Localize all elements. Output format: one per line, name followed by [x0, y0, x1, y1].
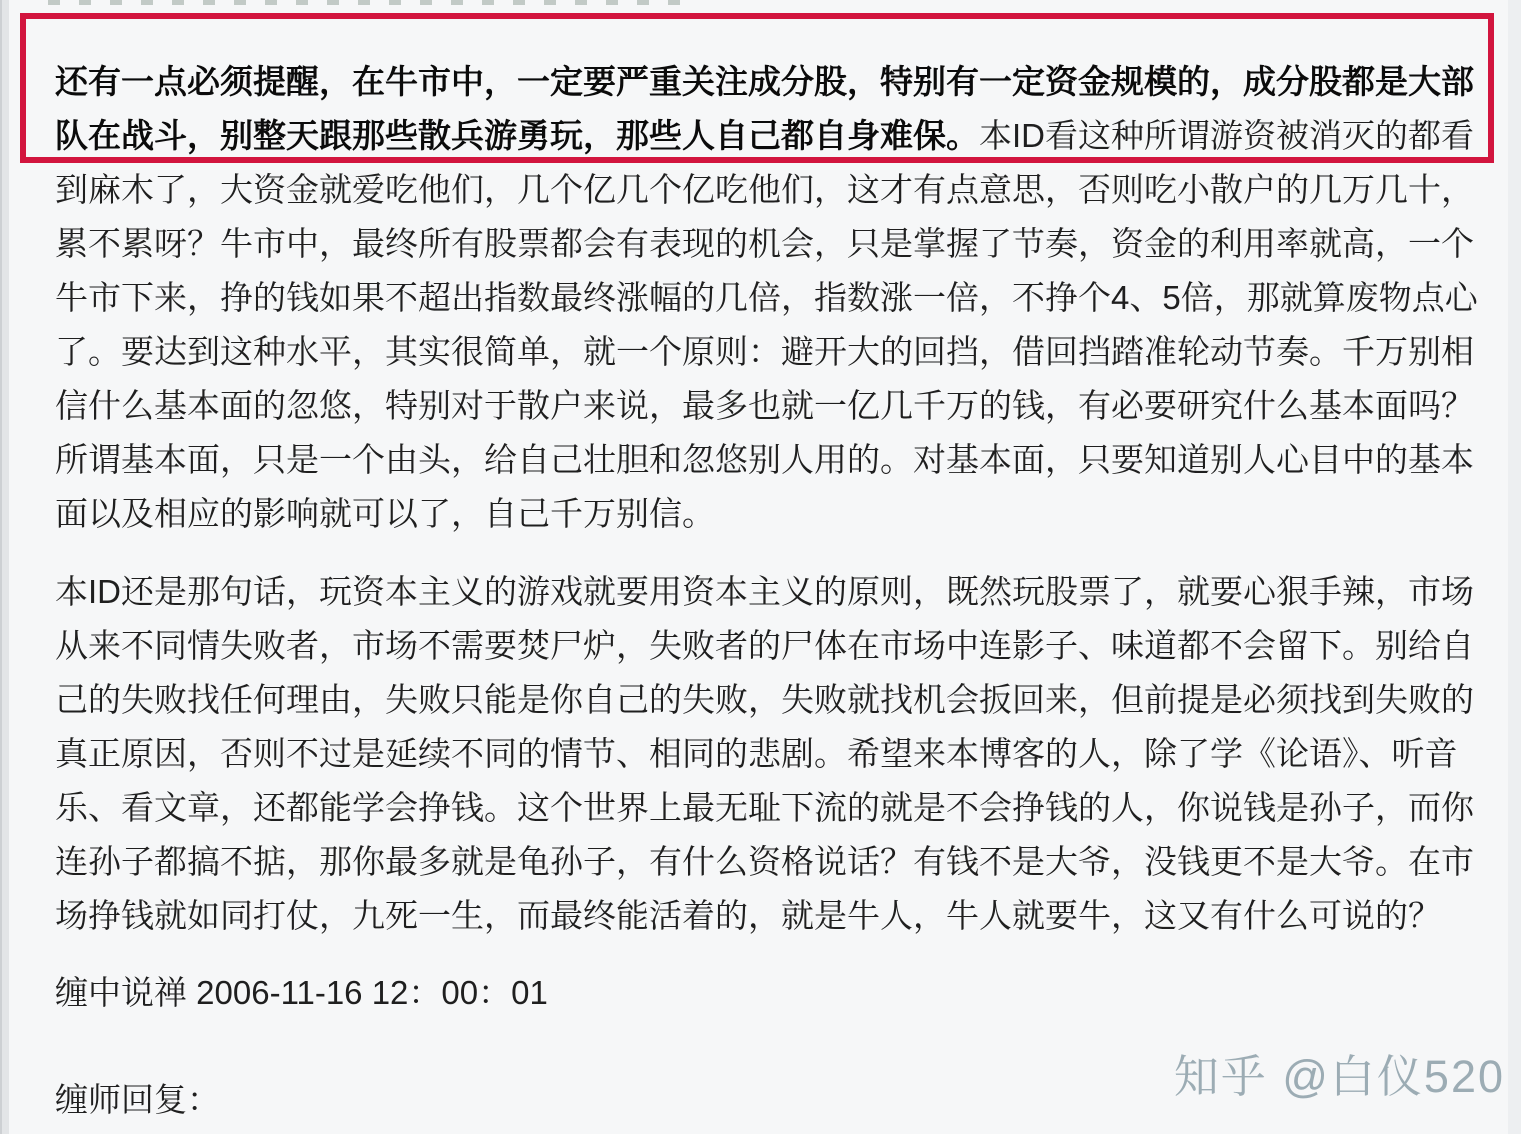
- signature-line: 缠中说禅 2006-11-16 12：00：01: [55, 966, 1467, 1020]
- text-line: 真正原因，否则不过是延续不同的情节、相同的悲剧。希望来本博客的人，除了学《论语》…: [55, 727, 1467, 781]
- text-line: 乐、看文章，还都能学会挣钱。这个世界上最无耻下流的就是不会挣钱的人，你说钱是孙子…: [55, 781, 1467, 835]
- paragraph-1: 还有一点必须提醒，在牛市中，一定要严重关注成分股，特别有一定资金规模的，成分股都…: [55, 55, 1467, 541]
- text-line: 所谓基本面，只是一个由头，给自己壮胆和忽悠别人用的。对基本面，只要知道别人心目中…: [55, 433, 1467, 487]
- paragraph-2: 本ID还是那句话，玩资本主义的游戏就要用资本主义的原则，既然玩股票了，就要心狠手…: [55, 565, 1467, 943]
- text-line: 累不累呀？牛市中，最终所有股票都会有表现的机会，只是掌握了节奏，资金的利用率就高…: [55, 217, 1467, 271]
- window-right-edge: [1508, 0, 1521, 1134]
- text-line: 从来不同情失败者，市场不需要焚尸炉，失败者的尸体在市场中连影子、味道都不会留下。…: [55, 619, 1467, 673]
- article-body: 还有一点必须提醒，在牛市中，一定要严重关注成分股，特别有一定资金规模的，成分股都…: [55, 55, 1467, 1127]
- text-line: 己的失败找任何理由，失败只能是你自己的失败，失败就找机会扳回来，但前提是必须找到…: [55, 673, 1467, 727]
- text-line: 面以及相应的影响就可以了，自己千万别信。: [55, 487, 1467, 541]
- text-line: 了。要达到这种水平，其实很简单，就一个原则：避开大的回挡，借回挡踏准轮动节奏。千…: [55, 325, 1467, 379]
- watermark: 知乎 @白仪520: [1174, 1040, 1505, 1105]
- text-line: 信什么基本面的忽悠，特别对于散户来说，最多也就一亿几千万的钱，有必要研究什么基本…: [55, 379, 1467, 433]
- normal-segment: 本ID看这种所谓游资被消灭的都看: [979, 117, 1474, 154]
- paragraph-1-rest: 到麻木了，大资金就爱吃他们，几个亿几个亿吃他们，这才有点意思，否则吃小散户的几万…: [55, 163, 1467, 541]
- text-line: 场挣钱就如同打仗，九死一生，而最终能活着的，就是牛人，牛人就要牛，这又有什么可说…: [55, 889, 1467, 943]
- bold-segment: 队在战斗，别整天跟那些散兵游勇玩，那些人自己都自身难保。: [55, 117, 979, 154]
- text-line-mixed: 队在战斗，别整天跟那些散兵游勇玩，那些人自己都自身难保。本ID看这种所谓游资被消…: [55, 109, 1467, 163]
- text-line: 到麻木了，大资金就爱吃他们，几个亿几个亿吃他们，这才有点意思，否则吃小散户的几万…: [55, 163, 1467, 217]
- text-line: 牛市下来，挣的钱如果不超出指数最终涨幅的几倍，指数涨一倍，不挣个4、5倍，那就算…: [55, 271, 1467, 325]
- text-line-bold: 还有一点必须提醒，在牛市中，一定要严重关注成分股，特别有一定资金规模的，成分股都…: [55, 55, 1467, 109]
- clipped-text-fragments: [48, 0, 688, 5]
- window-left-edge: [0, 0, 9, 1134]
- text-line: 连孙子都搞不掂，那你最多就是龟孙子，有什么资格说话？有钱不是大爷，没钱更不是大爷…: [55, 835, 1467, 889]
- text-line: 本ID还是那句话，玩资本主义的游戏就要用资本主义的原则，既然玩股票了，就要心狠手…: [55, 565, 1467, 619]
- paragraph-2-lines: 本ID还是那句话，玩资本主义的游戏就要用资本主义的原则，既然玩股票了，就要心狠手…: [55, 565, 1467, 943]
